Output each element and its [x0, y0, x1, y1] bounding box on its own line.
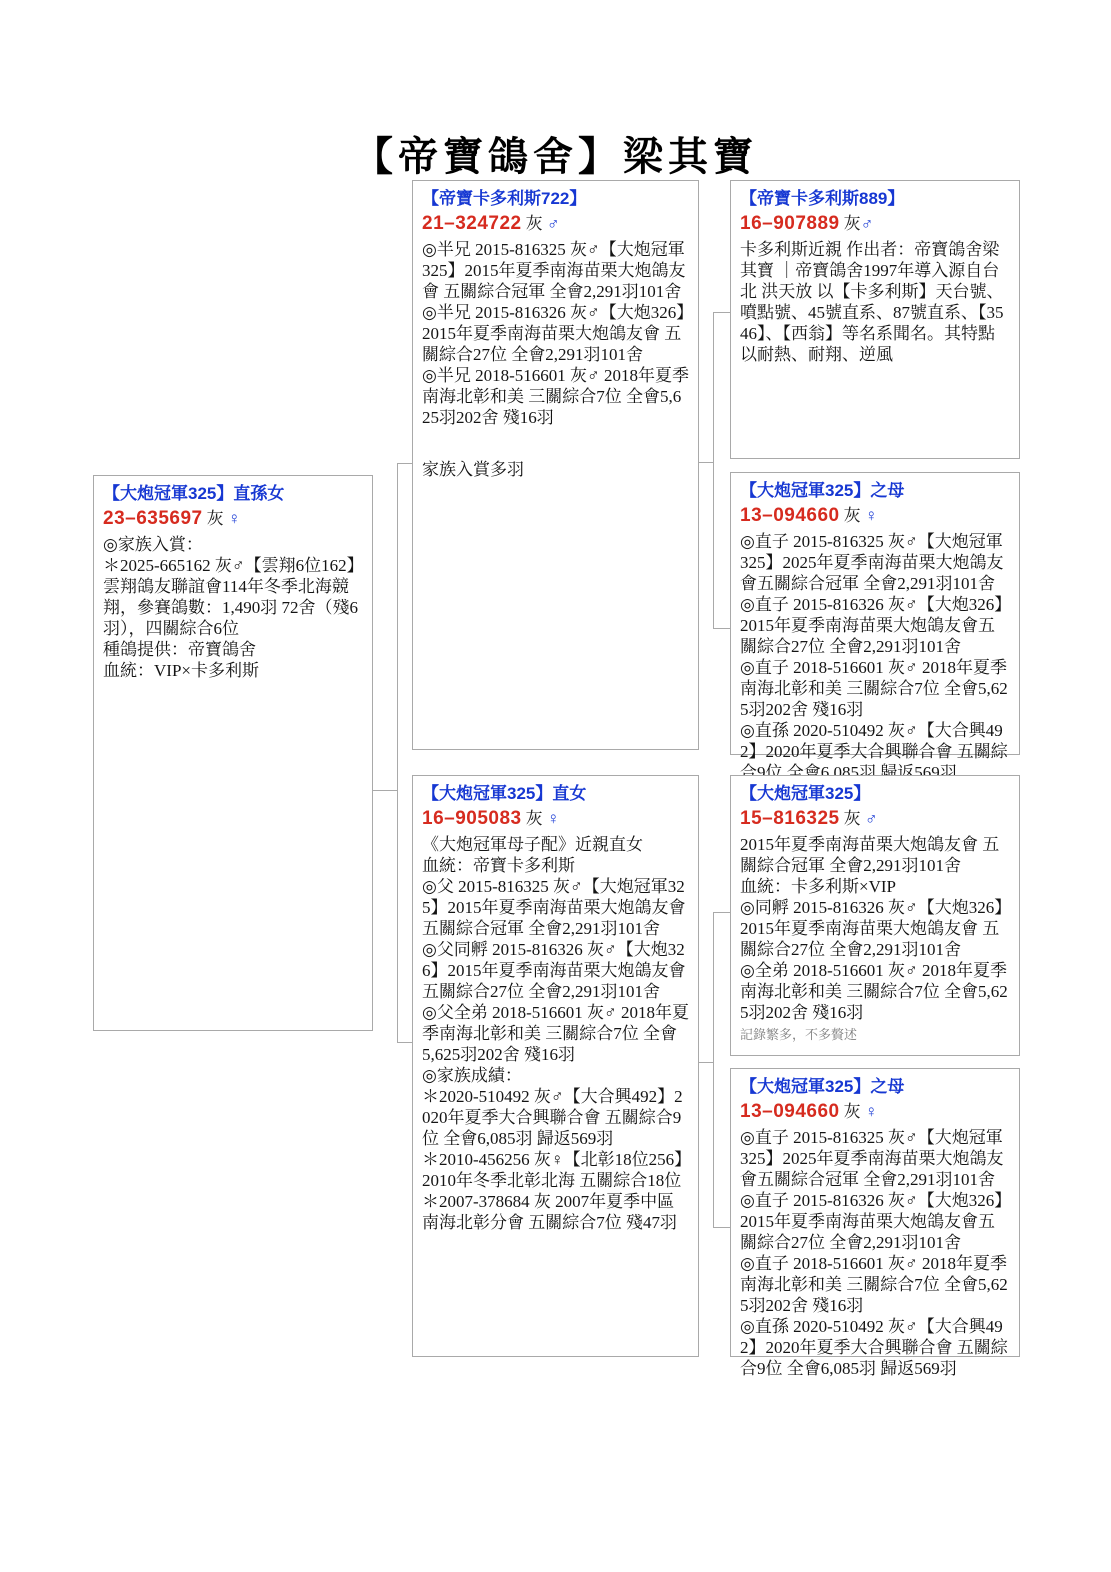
sex-symbol: ♀: [865, 506, 878, 525]
connector-to-sire-sire: [713, 312, 730, 313]
feather-color: 灰: [844, 506, 861, 525]
pigeon-name: 【大炮冠軍325】之母: [740, 1075, 1010, 1099]
feather-color: 灰: [844, 1102, 861, 1121]
connector-to-dam: [397, 1042, 412, 1043]
feather-color: 灰: [844, 214, 861, 233]
body-line: 種鴿提供：帝寶鴿舍: [103, 639, 363, 660]
ring-row: 16–905083灰 ♀: [422, 806, 689, 832]
sex-symbol: ♀: [865, 1102, 878, 1121]
body-line: 卡多利斯近親 作出者：帝寶鴿舍梁其寶 ｜帝寶鴿舍1997年導入源自台北 洪天放 …: [740, 239, 1010, 365]
body-line: ◎父 2015-816325 灰♂【大炮冠軍325】2015年夏季南海苗栗大炮鴿…: [422, 876, 689, 939]
sex-symbol: ♀: [547, 809, 560, 828]
body-line: ◎直子 2015-816325 灰♂【大炮冠軍325】2025年夏季南海苗栗大炮…: [740, 1127, 1010, 1190]
body-line: ◎直孫 2020-510492 灰♂【大合興492】2020年夏季大合興聯合會 …: [740, 1316, 1010, 1379]
connector-sire-bracket: [713, 312, 714, 629]
pigeon-name: 【大炮冠軍325】: [740, 782, 1010, 806]
pigeon-details: ◎半兄 2015-816325 灰♂【大炮冠軍325】2015年夏季南海苗栗大炮…: [422, 239, 689, 480]
ring-number: 13–094660: [740, 505, 840, 526]
ring-row: 13–094660灰 ♀: [740, 503, 1010, 529]
page-title: 【帝寶鴿舍】梁其寶: [0, 125, 1111, 182]
body-line: 《大炮冠軍母子配》近親直女: [422, 834, 689, 855]
pigeon-details: ◎直子 2015-816325 灰♂【大炮冠軍325】2025年夏季南海苗栗大炮…: [740, 1127, 1010, 1379]
body-line: 血統：帝寶卡多利斯: [422, 855, 689, 876]
pedigree-box-dam-sire: 【大炮冠軍325】 15–816325灰 ♂ 2015年夏季南海苗栗大炮鴿友會 …: [730, 775, 1020, 1056]
connector-to-sire-dam: [713, 628, 730, 629]
connector-to-sire: [397, 463, 412, 464]
body-line: ◎半兄 2015-816326 灰♂【大炮326】2015年夏季南海苗栗大炮鴿友…: [422, 302, 689, 365]
connector-subject-stub: [373, 790, 397, 791]
ring-number: 21–324722: [422, 213, 522, 234]
feather-color: 灰: [207, 509, 224, 528]
pigeon-name: 【大炮冠軍325】直女: [422, 782, 689, 806]
body-line: ◎父同孵 2015-816326 灰♂【大炮326】2015年夏季南海苗栗大炮鴿…: [422, 939, 689, 1002]
body-line: ◎家族成績：: [422, 1065, 689, 1086]
pedigree-box-sire-sire: 【帝寶卡多利斯889】 16–907889灰♂ 卡多利斯近親 作出者：帝寶鴿舍梁…: [730, 180, 1020, 459]
sex-symbol: ♀: [228, 509, 241, 528]
body-line: ◎父全弟 2018-516601 灰♂ 2018年夏季南海北彰和美 三關綜合7位…: [422, 1002, 689, 1065]
body-line: ＊2020-510492 灰♂【大合興492】2020年夏季大合興聯合會 五關綜…: [422, 1086, 689, 1149]
body-line: ◎直子 2015-816326 灰♂【大炮326】2015年夏季南海苗栗大炮鴿友…: [740, 594, 1010, 657]
pigeon-name: 【帝寶卡多利斯722】: [422, 187, 689, 211]
pigeon-name: 【帝寶卡多利斯889】: [740, 187, 1010, 211]
ring-row: 16–907889灰♂: [740, 211, 1010, 237]
ring-row: 15–816325灰 ♂: [740, 806, 1010, 832]
body-line: 血統：VIP×卡多利斯: [103, 660, 363, 681]
feather-color: 灰: [844, 809, 861, 828]
pedigree-box-sire-dam: 【大炮冠軍325】之母 13–094660灰 ♀ ◎直子 2015-816325…: [730, 472, 1020, 755]
connector-to-dam-dam: [713, 1227, 730, 1228]
pigeon-name: 【大炮冠軍325】直孫女: [103, 482, 363, 506]
ring-row: 13–094660灰 ♀: [740, 1099, 1010, 1125]
ring-number: 15–816325: [740, 808, 840, 829]
connector-gen1-bracket: [397, 463, 398, 1043]
body-line: ◎直子 2018-516601 灰♂ 2018年夏季南海北彰和美 三關綜合7位 …: [740, 1253, 1010, 1316]
body-line: 記錄繁多，不多贅述: [740, 1026, 1010, 1043]
feather-color: 灰: [526, 214, 543, 233]
ring-number: 16–907889: [740, 213, 840, 234]
pedigree-box-subject: 【大炮冠軍325】直孫女 23–635697灰 ♀ ◎家族入賞：＊2025-66…: [93, 475, 373, 1031]
sex-symbol: ♂: [547, 214, 560, 233]
body-line: ◎直子 2018-516601 灰♂ 2018年夏季南海北彰和美 三關綜合7位 …: [740, 657, 1010, 720]
connector-dam-stub: [699, 1062, 713, 1063]
body-line: ◎家族入賞：: [103, 534, 363, 555]
pigeon-details: ◎家族入賞：＊2025-665162 灰♂【雲翔6位162】雲翔鴿友聯誼會114…: [103, 534, 363, 681]
pedigree-box-dam-dam: 【大炮冠軍325】之母 13–094660灰 ♀ ◎直子 2015-816325…: [730, 1068, 1020, 1357]
sex-symbol: ♂: [865, 809, 878, 828]
ring-number: 23–635697: [103, 508, 203, 529]
pigeon-name: 【大炮冠軍325】之母: [740, 479, 1010, 503]
ring-number: 13–094660: [740, 1101, 840, 1122]
connector-sire-stub: [699, 462, 713, 463]
pigeon-details: 《大炮冠軍母子配》近親直女血統：帝寶卡多利斯◎父 2015-816325 灰♂【…: [422, 834, 689, 1233]
sex-symbol: ♂: [861, 214, 874, 233]
pedigree-page: 【帝寶鴿舍】梁其寶 【大炮冠軍325】直孫女 23–635697灰 ♀ ◎家族入…: [0, 0, 1111, 1572]
pigeon-details: 卡多利斯近親 作出者：帝寶鴿舍梁其寶 ｜帝寶鴿舍1997年導入源自台北 洪天放 …: [740, 239, 1010, 365]
body-line: ◎半兄 2015-816325 灰♂【大炮冠軍325】2015年夏季南海苗栗大炮…: [422, 239, 689, 302]
ring-number: 16–905083: [422, 808, 522, 829]
body-line: ◎半兄 2018-516601 灰♂ 2018年夏季南海北彰和美 三關綜合7位 …: [422, 365, 689, 428]
body-line: ◎同孵 2015-816326 灰♂【大炮326】2015年夏季南海苗栗大炮鴿友…: [740, 897, 1010, 960]
body-line: 2015年夏季南海苗栗大炮鴿友會 五關綜合冠軍 全會2,291羽101舍: [740, 834, 1010, 876]
body-line: ◎直子 2015-816325 灰♂【大炮冠軍325】2025年夏季南海苗栗大炮…: [740, 531, 1010, 594]
pigeon-details: ◎直子 2015-816325 灰♂【大炮冠軍325】2025年夏季南海苗栗大炮…: [740, 531, 1010, 783]
body-line: ＊2010-456256 灰♀【北彰18位256】2010年冬季北彰北海 五關綜…: [422, 1149, 689, 1191]
body-line: ◎直孫 2020-510492 灰♂【大合興492】2020年夏季大合興聯合會 …: [740, 720, 1010, 783]
ring-row: 23–635697灰 ♀: [103, 506, 363, 532]
ring-row: 21–324722灰 ♂: [422, 211, 689, 237]
body-line: 血統：卡多利斯×VIP: [740, 876, 1010, 897]
body-line: ＊2007-378684 灰 2007年夏季中區南海北彰分會 五關綜合7位 殘4…: [422, 1191, 689, 1233]
connector-to-dam-sire: [713, 912, 730, 913]
body-line: 家族入賞多羽: [422, 459, 689, 480]
body-line: 雲翔鴿友聯誼會114年冬季北海競翔，參賽鴿數：1,490羽 72舍（殘6羽），四…: [103, 576, 363, 639]
body-line: ◎直子 2015-816326 灰♂【大炮326】2015年夏季南海苗栗大炮鴿友…: [740, 1190, 1010, 1253]
pedigree-box-dam: 【大炮冠軍325】直女 16–905083灰 ♀ 《大炮冠軍母子配》近親直女血統…: [412, 775, 699, 1357]
body-line: ◎全弟 2018-516601 灰♂ 2018年夏季南海北彰和美 三關綜合7位 …: [740, 960, 1010, 1023]
connector-dam-bracket: [713, 912, 714, 1228]
feather-color: 灰: [526, 809, 543, 828]
pigeon-details: 2015年夏季南海苗栗大炮鴿友會 五關綜合冠軍 全會2,291羽101舍血統：卡…: [740, 834, 1010, 1043]
body-line: ＊2025-665162 灰♂【雲翔6位162】: [103, 555, 363, 576]
pedigree-box-sire: 【帝寶卡多利斯722】 21–324722灰 ♂ ◎半兄 2015-816325…: [412, 180, 699, 750]
